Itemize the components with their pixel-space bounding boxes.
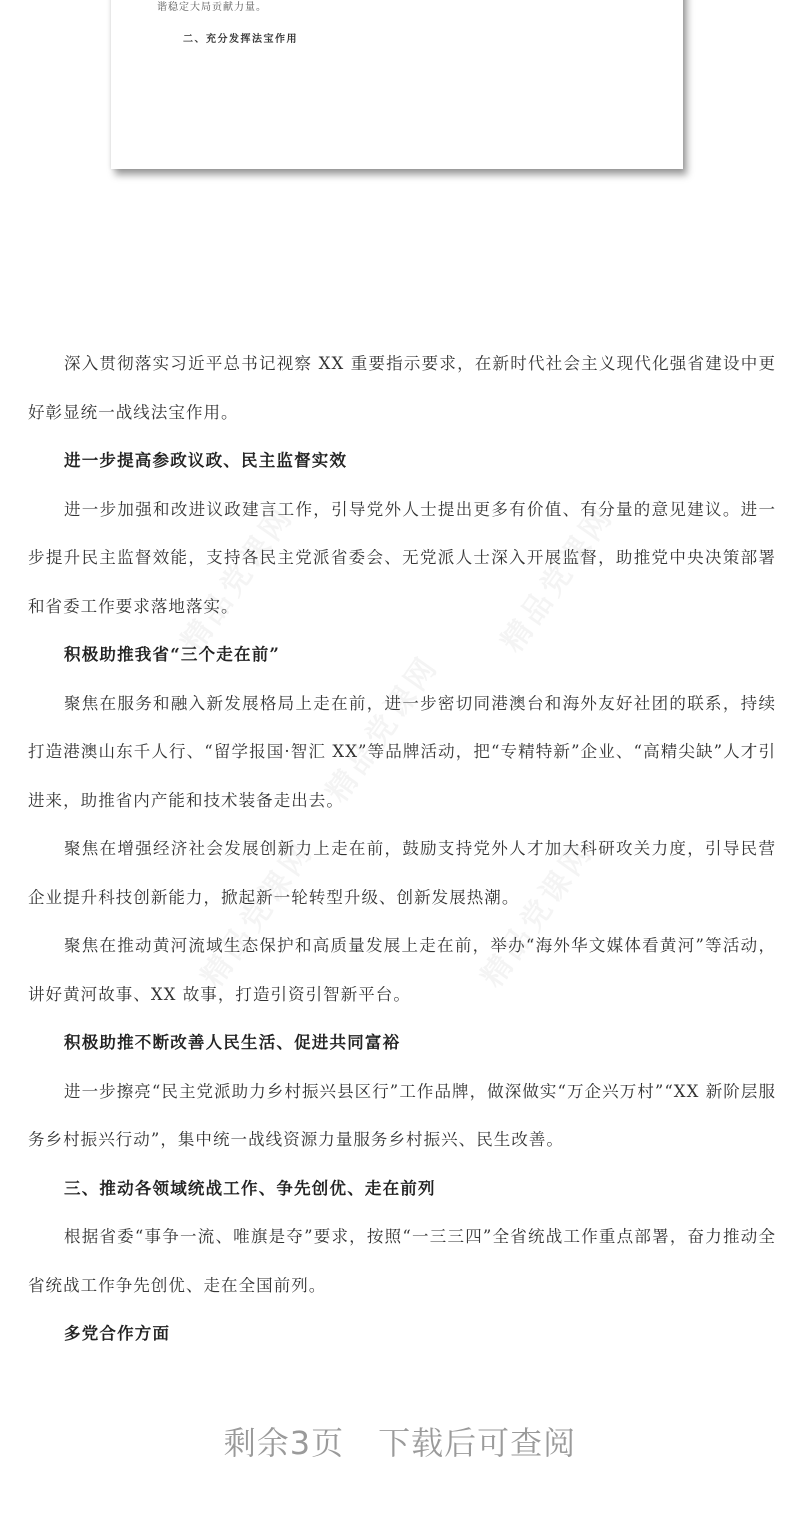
- section-heading: 多党合作方面: [28, 1310, 776, 1359]
- remaining-pages-banner[interactable]: 剩余3页下载后可查阅: [0, 1418, 800, 1464]
- section-heading: 进一步提高参政议政、民主监督实效: [28, 437, 776, 486]
- paragraph: 根据省委“事争一流、唯旗是夺”要求，按照“一三三四”全省统战工作重点部署，奋力推…: [28, 1213, 776, 1310]
- paragraph: 聚焦在服务和融入新发展格局上走在前，进一步密切同港澳台和海外友好社团的联系，持续…: [28, 680, 776, 826]
- previous-page-last-line: 谐稳定大局贡献力量。: [157, 0, 267, 13]
- remaining-pages-count: 剩余3页: [224, 1424, 344, 1462]
- paragraph: 聚焦在推动黄河流域生态保护和高质量发展上走在前，举办“海外华文媒体看黄河”等活动…: [28, 922, 776, 1019]
- section-heading: 积极助推不断改善人民生活、促进共同富裕: [28, 1019, 776, 1068]
- previous-page-heading: 二、充分发挥法宝作用: [183, 30, 298, 45]
- paragraph: 深入贯彻落实习近平总书记视察 XX 重要指示要求，在新时代社会主义现代化强省建设…: [28, 340, 776, 437]
- section-heading: 积极助推我省“三个走在前”: [28, 631, 776, 680]
- paragraph: 进一步擦亮“民主党派助力乡村振兴县区行”工作品牌，做深做实“万企兴万村”“XX …: [28, 1068, 776, 1165]
- section-heading: 三、推动各领域统战工作、争先创优、走在前列: [28, 1165, 776, 1214]
- previous-page-preview: 谐稳定大局贡献力量。 二、充分发挥法宝作用: [111, 0, 683, 169]
- paragraph: 聚焦在增强经济社会发展创新力上走在前，鼓励支持党外人才加大科研攻关力度，引导民营…: [28, 825, 776, 922]
- paragraph: 进一步加强和改进议政建言工作，引导党外人士提出更多有价值、有分量的意见建议。进一…: [28, 486, 776, 632]
- download-hint[interactable]: 下载后可查阅: [378, 1424, 576, 1462]
- document-body: 深入贯彻落实习近平总书记视察 XX 重要指示要求，在新时代社会主义现代化强省建设…: [28, 340, 776, 1359]
